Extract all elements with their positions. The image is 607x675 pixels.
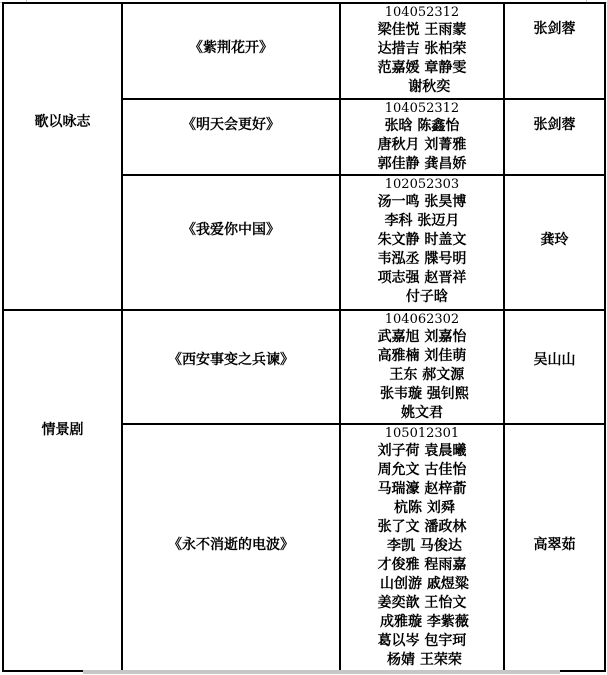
member-line: 马瑞濠 赵梓萮 [341,480,503,499]
members-cell: 104062302 武嘉旭 刘嘉怡 高雅楠 刘佳萌 王东 郝文源 张韦璇 强钊熙… [340,310,504,424]
teacher-name: 张剑蓉 [534,117,576,133]
program-table: 歌以咏志 《紫荆花开》 104052312 梁佳悦 王雨蒙 达措吉 张柏荣 范嘉… [2,2,606,672]
category-cell: 歌以咏志 [3,3,122,310]
member-line: 山创游 戚煜粱 [341,575,503,594]
member-line: 汤一鸣 张昊博 [341,193,503,212]
program-title-cell: 《明天会更好》 [122,99,340,175]
program-title-cell: 《西安事变之兵谏》 [122,310,340,424]
program-title-cell: 《紫荆花开》 [122,3,340,99]
table-row: 歌以咏志 《紫荆花开》 104052312 梁佳悦 王雨蒙 达措吉 张柏荣 范嘉… [3,3,605,99]
member-line: 张韦璇 强钊熙 [341,385,503,404]
member-line: 姜奕歆 王怡文 [341,594,503,613]
member-line: 项志强 赵晋祥 [341,269,503,288]
member-line: 成雅璇 李紫薇 [341,613,503,632]
members-cell: 104052312 梁佳悦 王雨蒙 达措吉 张柏荣 范嘉媛 章静雯 谢秋奕 [340,3,504,99]
class-code: 104052312 [341,100,503,117]
member-line: 付子晗 [341,288,503,307]
member-line: 杭陈 刘舜 [341,499,503,518]
category-label: 歌以咏志 [35,114,91,130]
member-line: 刘子荷 袁晨曦 [341,442,503,461]
member-line: 张晗 陈鑫怡 [341,117,503,136]
member-line: 王东 郝文源 [341,366,503,385]
member-line: 唐秋月 刘菁雅 [341,136,503,155]
member-line: 郭佳静 龚昌娇 [341,155,503,174]
program-title-cell: 《我爱你中国》 [122,175,340,310]
program-title-cell: 《永不消逝的电波》 [122,424,340,671]
page-shadow-bar [83,670,560,674]
category-label: 情景剧 [42,422,84,438]
teacher-name: 张剑蓉 [534,21,576,37]
teacher-cell: 张剑蓉 [504,99,605,175]
member-line: 谢秋奕 [341,78,503,97]
teacher-name: 龚玲 [541,232,569,248]
program-title: 《西安事变之兵谏》 [168,352,294,368]
member-line: 范嘉媛 章静雯 [341,59,503,78]
members-cell: 102052303 汤一鸣 张昊博 李科 张迈月 朱文静 时盖文 韦泓丞 牒号明… [340,175,504,310]
class-code: 102052303 [341,176,503,193]
member-line: 姚文君 [341,404,503,423]
teacher-name: 高翠茹 [534,537,576,553]
teacher-cell: 龚玲 [504,175,605,310]
teacher-cell: 吴山山 [504,310,605,424]
class-code: 104052312 [341,4,503,21]
member-line: 周允文 古佳怡 [341,461,503,480]
member-line: 武嘉旭 刘嘉怡 [341,328,503,347]
member-line: 梁佳悦 王雨蒙 [341,21,503,40]
teacher-name: 吴山山 [534,352,576,368]
member-line: 达措吉 张柏荣 [341,40,503,59]
member-line: 高雅楠 刘佳萌 [341,347,503,366]
teacher-cell: 张剑蓉 [504,3,605,99]
program-title: 《我爱你中国》 [182,222,280,238]
table-row: 情景剧 《西安事变之兵谏》 104062302 武嘉旭 刘嘉怡 高雅楠 刘佳萌 … [3,310,605,424]
teacher-cell: 高翠茹 [504,424,605,671]
category-cell: 情景剧 [3,310,122,671]
members-cell: 104052312 张晗 陈鑫怡 唐秋月 刘菁雅 郭佳静 龚昌娇 [340,99,504,175]
member-line: 葛以岑 包宇珂 [341,632,503,651]
member-line: 韦泓丞 牒号明 [341,250,503,269]
member-line: 张了文 潘政林 [341,518,503,537]
program-title: 《紫荆花开》 [189,40,273,56]
member-line: 李凯 马俊达 [341,537,503,556]
member-line: 朱文静 时盖文 [341,231,503,250]
member-line: 才俊雅 程雨嘉 [341,556,503,575]
member-line: 杨婧 王荣荣 [341,651,503,670]
program-title: 《明天会更好》 [182,117,280,133]
class-code: 105012301 [341,425,503,442]
class-code: 104062302 [341,311,503,328]
program-title: 《永不消逝的电波》 [168,537,294,553]
members-cell: 105012301 刘子荷 袁晨曦 周允文 古佳怡 马瑞濠 赵梓萮 杭陈 刘舜 … [340,424,504,671]
member-line: 李科 张迈月 [341,212,503,231]
